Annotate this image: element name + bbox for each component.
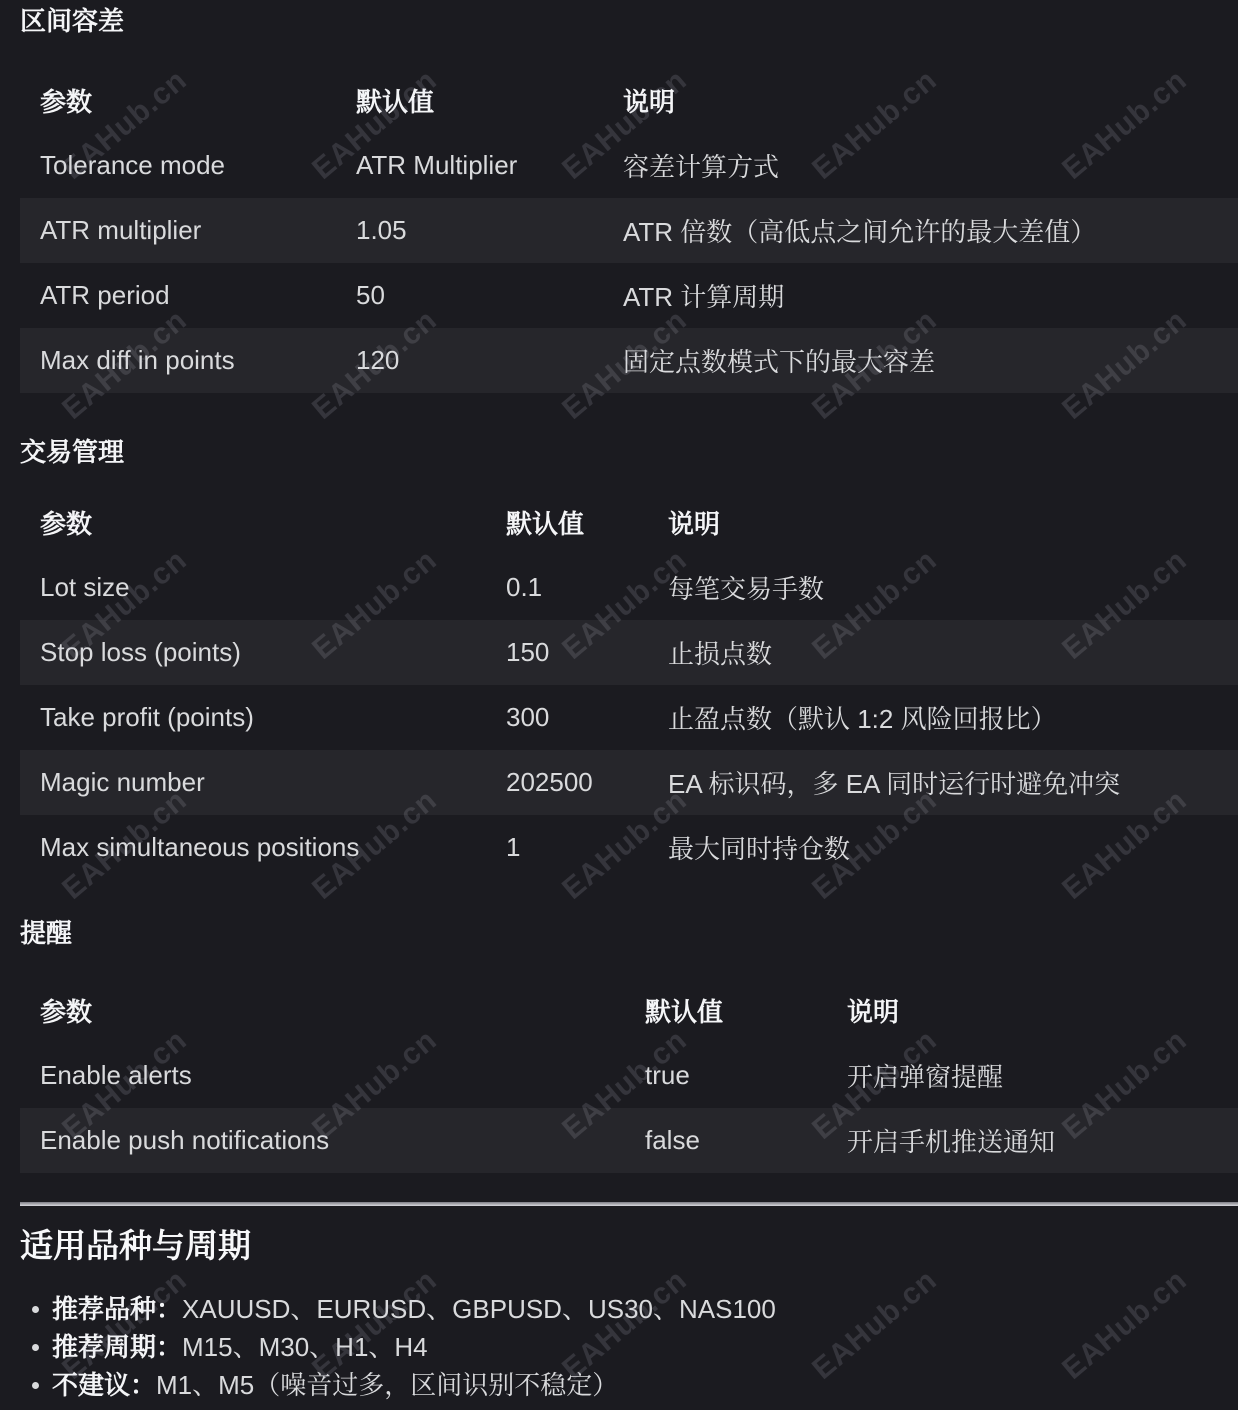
description-cell: 最大同时持仓数: [668, 829, 1238, 866]
default-value-cell: 1: [506, 832, 668, 863]
default-value-cell: 202500: [506, 767, 668, 798]
default-value-cell: 1.05: [356, 215, 623, 246]
param-name-cell: Lot size: [20, 572, 506, 603]
table-row: Lot size0.1每笔交易手数: [20, 555, 1238, 620]
column-header: 参数: [20, 504, 506, 541]
description-cell: ATR 计算周期: [623, 277, 1238, 314]
table-row: ATR period50ATR 计算周期: [20, 263, 1238, 328]
table-row: Enable alertstrue开启弹窗提醒: [20, 1043, 1238, 1108]
document-page: 区间容差 参数默认值说明Tolerance modeATR Multiplier…: [0, 0, 1238, 1410]
section-heading-symbols-timeframes: 适用品种与周期: [20, 1226, 1238, 1266]
description-cell: 每笔交易手数: [668, 569, 1238, 606]
table-header-row: 参数默认值说明: [20, 68, 1238, 133]
default-value-cell: 50: [356, 280, 623, 311]
table-row: Magic number202500EA 标识码，多 EA 同时运行时避免冲突: [20, 750, 1238, 815]
table-row: Max diff in points120固定点数模式下的最大容差: [20, 328, 1238, 393]
column-header: 参数: [20, 82, 356, 119]
table-header-row: 参数默认值说明: [20, 490, 1238, 555]
description-cell: 开启弹窗提醒: [847, 1057, 1238, 1094]
default-value-cell: ATR Multiplier: [356, 150, 623, 181]
description-cell: ATR 倍数（高低点之间允许的最大差值）: [623, 212, 1238, 249]
default-value-cell: 150: [506, 637, 668, 668]
bullet-item: 不建议：M1、M5（噪音过多，区间识别不稳定）: [20, 1366, 1238, 1404]
range-tolerance-table: 参数默认值说明Tolerance modeATR Multiplier容差计算方…: [20, 68, 1238, 393]
column-header: 默认值: [645, 992, 847, 1029]
table-row: Max simultaneous positions1最大同时持仓数: [20, 815, 1238, 880]
default-value-cell: 300: [506, 702, 668, 733]
alerts-table: 参数默认值说明Enable alertstrue开启弹窗提醒Enable pus…: [20, 978, 1238, 1173]
column-header: 默认值: [356, 82, 623, 119]
param-name-cell: ATR multiplier: [20, 215, 356, 246]
column-header: 说明: [623, 82, 1238, 119]
column-header: 说明: [847, 992, 1238, 1029]
column-header: 说明: [668, 504, 1238, 541]
table-row: Tolerance modeATR Multiplier容差计算方式: [20, 133, 1238, 198]
description-cell: 止损点数: [668, 634, 1238, 671]
bullet-label: 不建议：: [52, 1370, 156, 1400]
description-cell: 容差计算方式: [623, 147, 1238, 184]
section-heading-trade-management: 交易管理: [20, 437, 1238, 467]
bullet-text: M15、M30、H1、H4: [182, 1332, 428, 1362]
param-name-cell: ATR period: [20, 280, 356, 311]
table-row: Stop loss (points)150止损点数: [20, 620, 1238, 685]
bullet-label: 推荐品种：: [52, 1294, 182, 1324]
table-header-row: 参数默认值说明: [20, 978, 1238, 1043]
param-name-cell: Stop loss (points): [20, 637, 506, 668]
default-value-cell: 0.1: [506, 572, 668, 603]
param-name-cell: Take profit (points): [20, 702, 506, 733]
bullet-item: 推荐周期：M15、M30、H1、H4: [20, 1328, 1238, 1366]
column-header: 默认值: [506, 504, 668, 541]
default-value-cell: true: [645, 1060, 847, 1091]
table-row: ATR multiplier1.05ATR 倍数（高低点之间允许的最大差值）: [20, 198, 1238, 263]
section-heading-range-tolerance: 区间容差: [20, 0, 1238, 36]
column-header: 参数: [20, 992, 645, 1029]
bullet-text: M1、M5（噪音过多，区间识别不稳定）: [156, 1370, 618, 1400]
description-cell: 开启手机推送通知: [847, 1122, 1238, 1159]
param-name-cell: Magic number: [20, 767, 506, 798]
bullet-text: XAUUSD、EURUSD、GBPUSD、US30、NAS100: [182, 1294, 776, 1324]
description-cell: 固定点数模式下的最大容差: [623, 342, 1238, 379]
default-value-cell: false: [645, 1125, 847, 1156]
param-name-cell: Enable alerts: [20, 1060, 645, 1091]
param-name-cell: Enable push notifications: [20, 1125, 645, 1156]
bullet-item: 推荐品种：XAUUSD、EURUSD、GBPUSD、US30、NAS100: [20, 1290, 1238, 1328]
description-cell: 止盈点数（默认 1:2 风险回报比）: [668, 699, 1238, 736]
horizontal-divider: [20, 1202, 1238, 1206]
param-name-cell: Max diff in points: [20, 345, 356, 376]
section-heading-alerts: 提醒: [20, 918, 1238, 948]
recommendation-list: 推荐品种：XAUUSD、EURUSD、GBPUSD、US30、NAS100推荐周…: [20, 1290, 1238, 1404]
trade-management-table: 参数默认值说明Lot size0.1每笔交易手数Stop loss (point…: [20, 490, 1238, 880]
param-name-cell: Tolerance mode: [20, 150, 356, 181]
param-name-cell: Max simultaneous positions: [20, 832, 506, 863]
table-row: Take profit (points)300止盈点数（默认 1:2 风险回报比…: [20, 685, 1238, 750]
description-cell: EA 标识码，多 EA 同时运行时避免冲突: [668, 764, 1238, 801]
bullet-label: 推荐周期：: [52, 1332, 182, 1362]
table-row: Enable push notificationsfalse开启手机推送通知: [20, 1108, 1238, 1173]
default-value-cell: 120: [356, 345, 623, 376]
